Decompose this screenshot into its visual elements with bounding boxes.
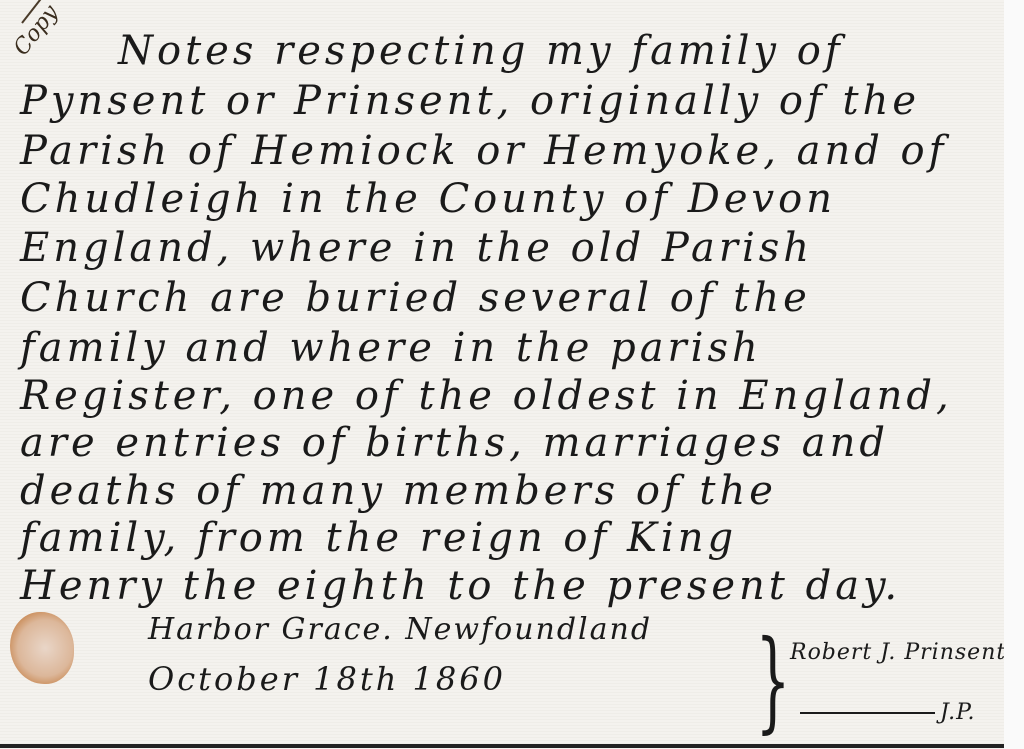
signature: Robert J. Prinsent [790,640,1006,665]
text-line-1: Notes respecting my family of [118,28,844,74]
text-line-7: family and where in the parish [20,325,762,371]
text-line-8: Register, one of the oldest in England, [20,373,953,419]
text-line-4: Chudleigh in the County of Devon [20,176,836,222]
curly-brace: } [756,625,791,735]
page-margin [1004,0,1024,749]
text-line-12: Henry the eighth to the present day. [20,563,901,609]
date-line: October 18th 1860 [148,660,506,698]
place-line: Harbor Grace. Newfoundland [148,612,652,647]
signature-rule [800,712,935,714]
signature-title: J.P. [940,700,975,725]
text-line-2: Pynsent or Prinsent, originally of the [20,78,920,124]
text-line-3: Parish of Hemiock or Hemyoke, and of [20,128,947,174]
text-line-6: Church are buried several of the [20,275,811,321]
text-line-10: deaths of many members of the [20,468,777,514]
margin-note-copy: Copy [9,1,64,61]
handwritten-letter-page: Copy Notes respecting my family of Pynse… [0,0,1007,749]
rust-stain [10,612,74,684]
text-line-9: are entries of births, marriages and [20,420,889,466]
text-line-11: family, from the reign of King [20,515,737,561]
bottom-edge [0,744,1004,748]
text-line-5: England, where in the old Parish [20,225,813,271]
